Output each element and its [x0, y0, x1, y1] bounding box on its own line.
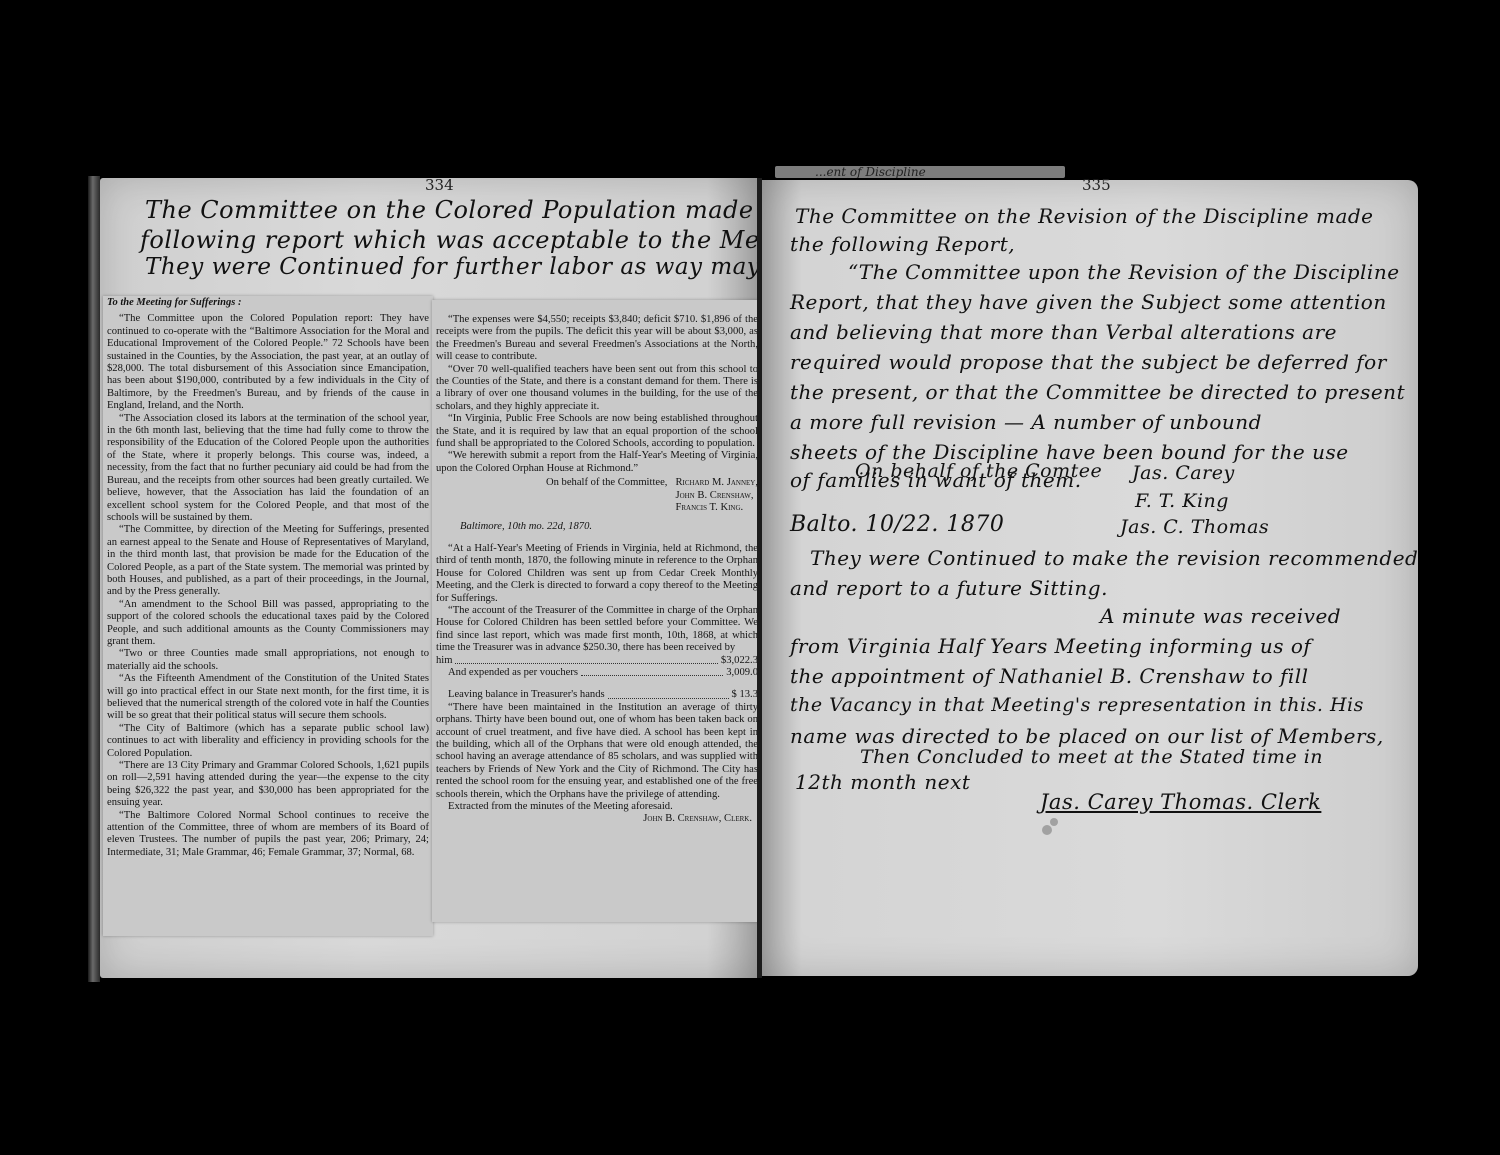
- right-handwritten-line: They were Continued to make the revision…: [810, 546, 1418, 570]
- ledger-amount: $3,022.3: [721, 655, 758, 667]
- clipping-paragraph: “The Association closed its labors at th…: [107, 413, 429, 525]
- clipping-paragraph: “The expenses were $4,550; receipts $3,8…: [436, 314, 758, 364]
- clipping-paragraph: “The account of the Treasurer of the Com…: [436, 605, 758, 655]
- clipping-paragraph: “Over 70 well-qualified teachers have be…: [436, 364, 758, 414]
- ledger-label: Leaving balance in Treasurer's hands: [448, 689, 605, 701]
- left-handwritten-line: They were Continued for further labor as…: [145, 254, 827, 280]
- book-edge: [88, 176, 100, 982]
- right-handwritten-line: A minute was received: [1100, 604, 1341, 628]
- ink-smudge: [1042, 825, 1052, 835]
- signer: Jas. Carey: [1132, 462, 1235, 484]
- clipping-clerk: John B. Crenshaw, Clerk.: [436, 813, 752, 825]
- clipping-paragraph: “There are 13 City Primary and Grammar C…: [107, 760, 429, 810]
- signatory: John B. Crenshaw,: [675, 490, 758, 502]
- clipping-paragraph: “The Committee, by direction of the Meet…: [107, 524, 429, 598]
- right-handwritten-line: from Virginia Half Years Meeting informi…: [790, 634, 1311, 658]
- right-handwritten-line: required would propose that the subject …: [790, 350, 1387, 374]
- right-handwritten-line: 12th month next: [795, 770, 970, 794]
- ledger-label: And expended as per vouchers: [448, 667, 578, 679]
- signature-intro: On behalf of the Committee,: [546, 477, 668, 514]
- ledger-row: him$3,022.3: [436, 655, 758, 667]
- report-date: Balto. 10/22. 1870: [790, 512, 1004, 537]
- ledger-amount: $ 13.3: [732, 689, 758, 701]
- right-handwritten-line: The Committee on the Revision of the Dis…: [795, 204, 1374, 228]
- right-handwritten-line: name was directed to be placed on our li…: [790, 724, 1384, 748]
- signer: F. T. King: [1135, 490, 1229, 512]
- index-tab-fragment: ...ent of Discipline: [775, 166, 1065, 178]
- right-handwritten-line: “The Committee upon the Revision of the …: [848, 260, 1400, 284]
- clerk-signature: Jas. Carey Thomas. Clerk: [1040, 790, 1321, 814]
- right-handwritten-line: a more full revision — A number of unbou…: [790, 410, 1262, 434]
- left-handwritten-line: following report which was acceptable to…: [140, 226, 833, 254]
- right-handwritten-line: and believing that more than Verbal alte…: [790, 320, 1337, 344]
- behalf-line: On behalf of the Comtee: [855, 460, 1102, 482]
- left-page-number: 334: [425, 176, 454, 194]
- ink-smudge: [1050, 818, 1058, 826]
- clipping-paragraph: Extracted from the minutes of the Meetin…: [436, 801, 758, 813]
- clipping-heading: To the Meeting for Sufferings :: [107, 297, 429, 309]
- right-handwritten-line: the Vacancy in that Meeting's representa…: [790, 694, 1364, 716]
- ledger-label: him: [436, 655, 452, 667]
- ledger-row: Leaving balance in Treasurer's hands$ 13…: [436, 689, 758, 701]
- newspaper-clipping-column-1: To the Meeting for Sufferings : “The Com…: [103, 296, 433, 936]
- clipping-paragraph: “An amendment to the School Bill was pas…: [107, 599, 429, 649]
- right-handwritten-line: and report to a future Sitting.: [790, 576, 1108, 600]
- clipping-paragraph: “We herewith submit a report from the Ha…: [436, 450, 758, 475]
- left-handwritten-line: The Committee on the Colored Population …: [145, 196, 803, 224]
- clipping-paragraph: “The City of Baltimore (which has a sepa…: [107, 723, 429, 760]
- right-handwritten-line: Report, that they have given the Subject…: [790, 290, 1387, 314]
- committee-signature-block: On behalf of the Committee, Richard M. J…: [436, 477, 758, 514]
- clipping-paragraph: “As the Fifteenth Amendment of the Const…: [107, 673, 429, 723]
- clipping-paragraph: “In Virginia, Public Free Schools are no…: [436, 413, 758, 450]
- right-handwritten-line: the appointment of Nathaniel B. Crenshaw…: [790, 664, 1309, 688]
- right-page-number: 335: [1082, 176, 1111, 194]
- clipping-dateline: Baltimore, 10th mo. 22d, 1870.: [460, 521, 758, 533]
- signer: Jas. C. Thomas: [1120, 516, 1269, 538]
- right-handwritten-line: Then Concluded to meet at the Stated tim…: [860, 746, 1323, 768]
- newspaper-clipping-column-2: “The expenses were $4,550; receipts $3,8…: [432, 300, 762, 922]
- ledger-amount: 3,009.0: [726, 667, 758, 679]
- right-handwritten-line: the present, or that the Committee be di…: [790, 380, 1405, 404]
- signatory: Richard M. Janney,: [675, 477, 758, 489]
- clipping-paragraph: “There have been maintained in the Insti…: [436, 702, 758, 801]
- right-handwritten-line: the following Report,: [790, 232, 1015, 256]
- clipping-paragraph: “At a Half-Year's Meeting of Friends in …: [436, 543, 758, 605]
- clipping-paragraph: “Two or three Counties made small approp…: [107, 648, 429, 673]
- clipping-paragraph: “The Committee upon the Colored Populati…: [107, 313, 429, 412]
- clipping-paragraph: “The Baltimore Colored Normal School con…: [107, 810, 429, 860]
- signatory: Francis T. King.: [675, 502, 758, 514]
- ledger-row: And expended as per vouchers3,009.0: [436, 667, 758, 679]
